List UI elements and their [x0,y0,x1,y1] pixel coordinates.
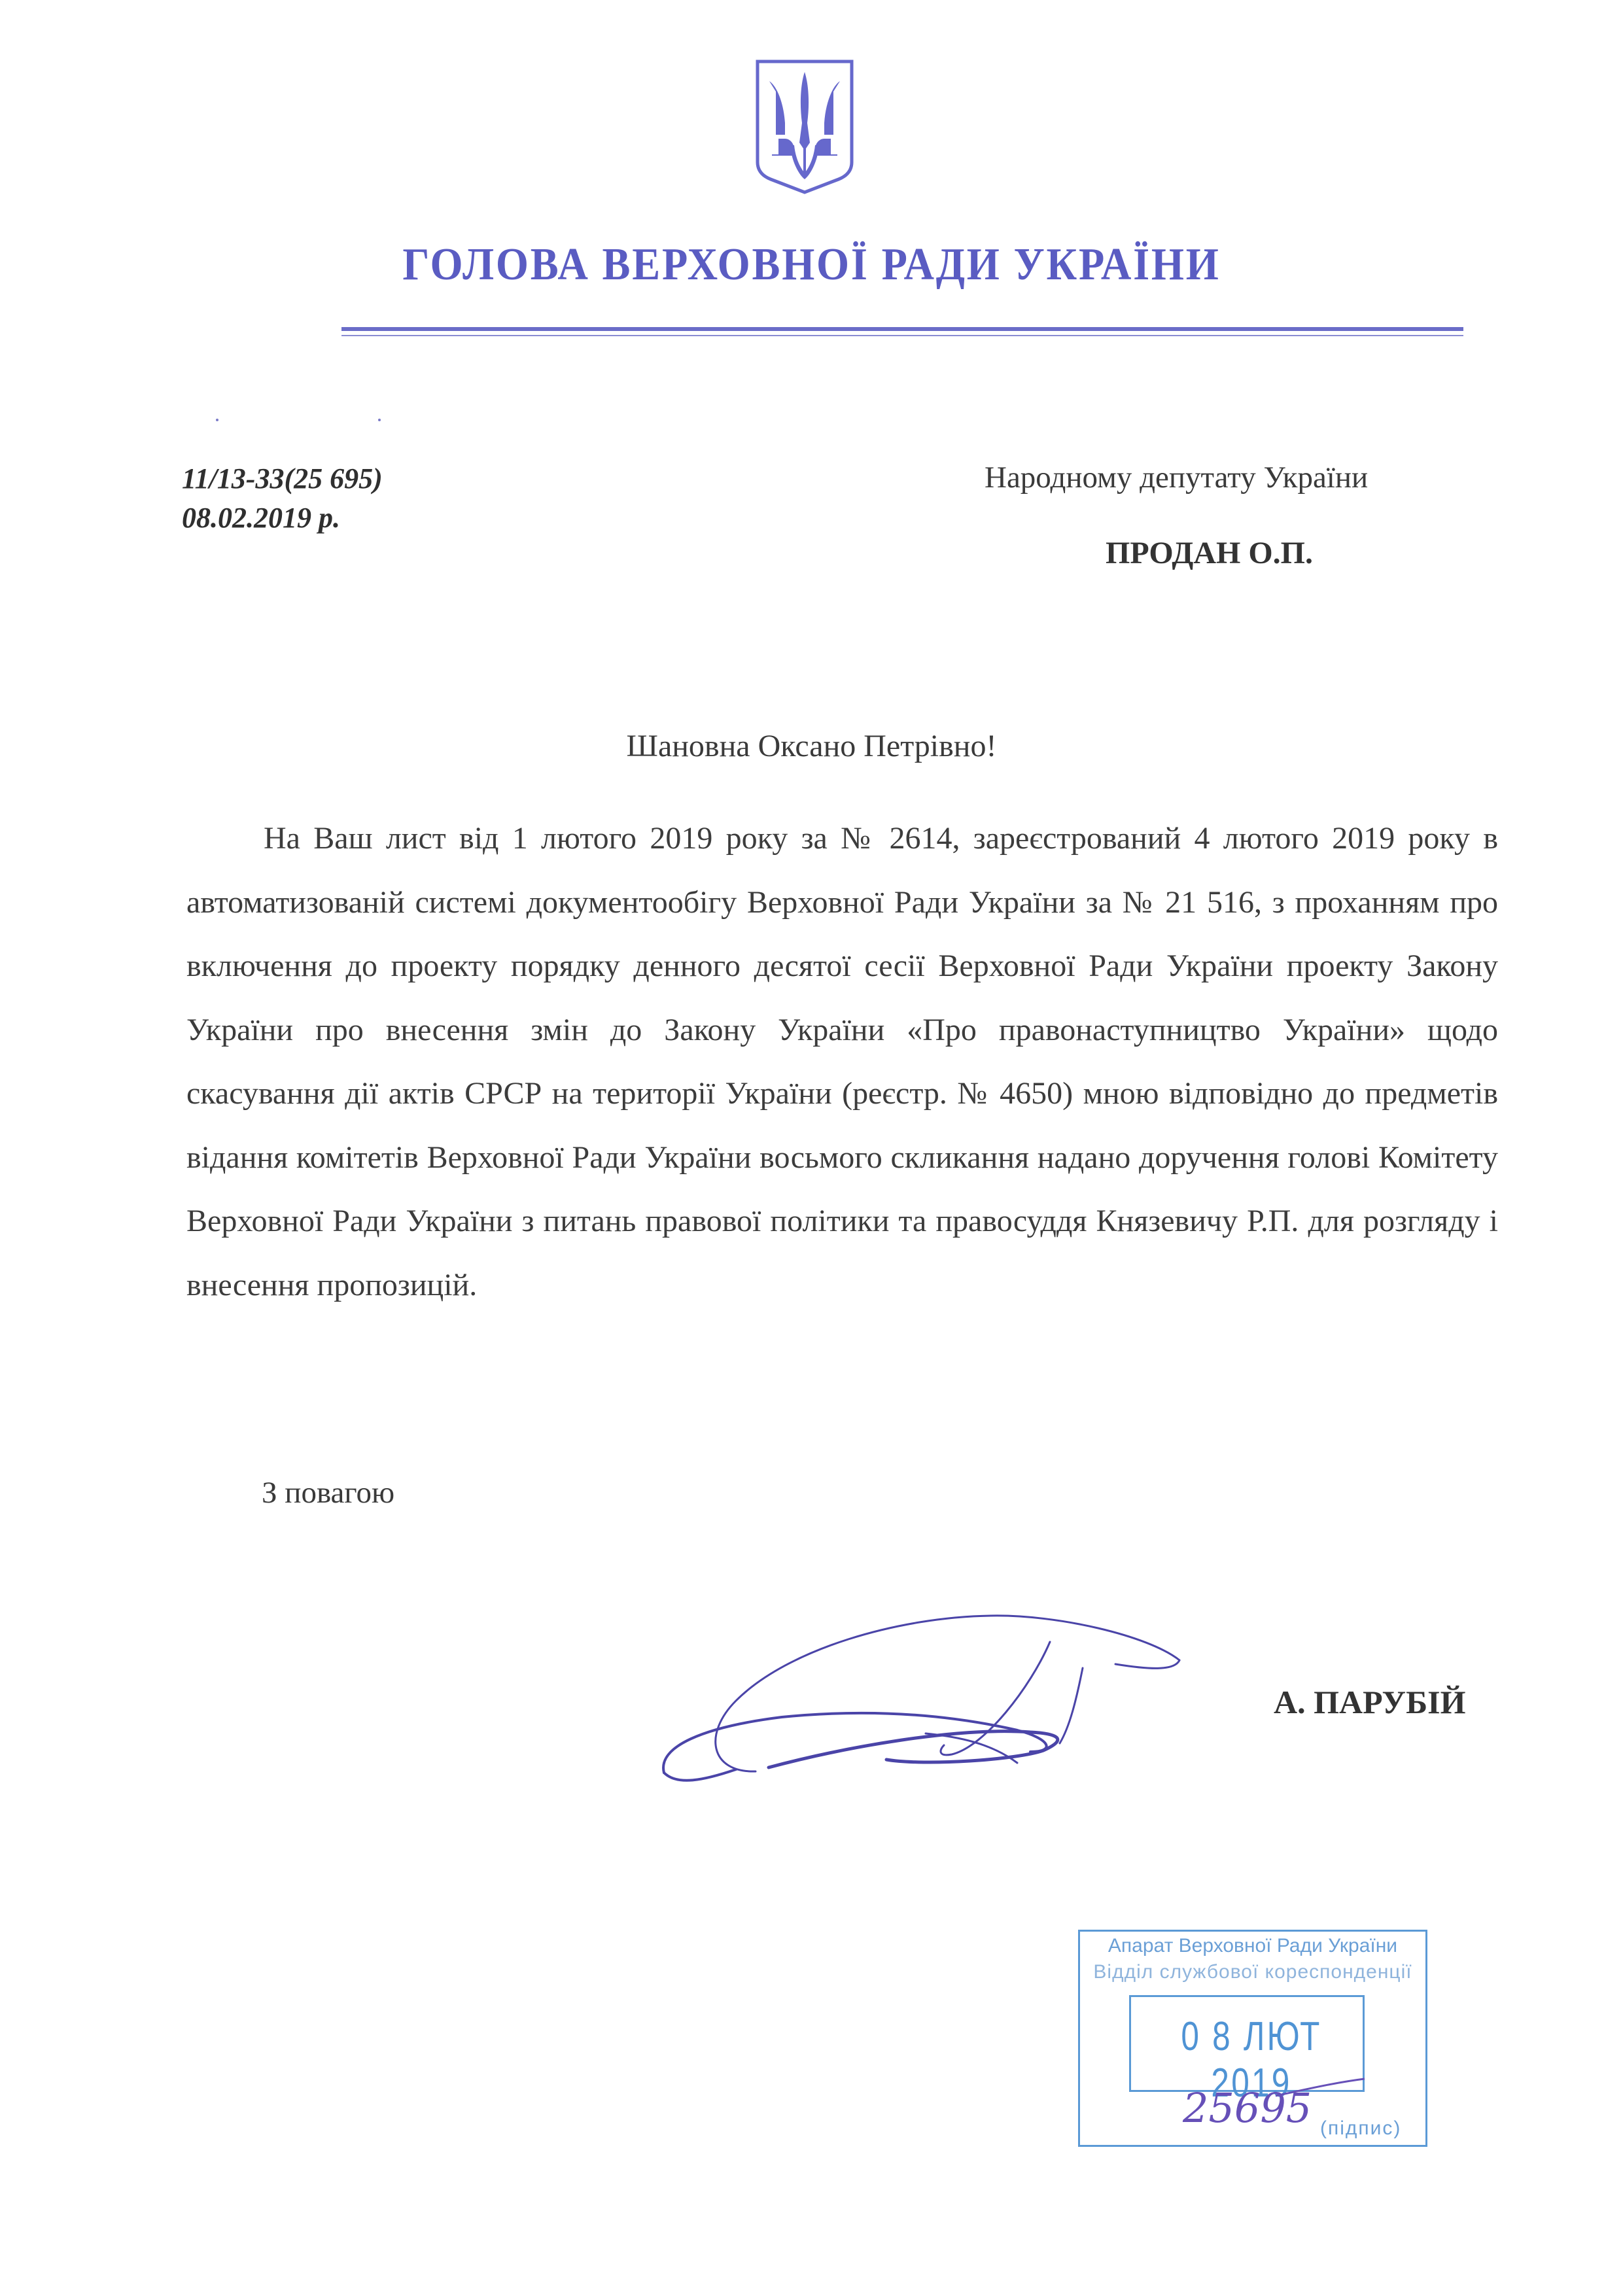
closing: З повагою [262,1475,394,1510]
scan-speck [378,419,381,421]
letterhead-title: ГОЛОВА ВЕРХОВНОЇ РАДИ УКРАЇНИ [65,239,1558,291]
addressee-position: Народному депутату України [985,460,1368,495]
trident-coat-of-arms-icon [754,58,856,196]
letter-body: На Ваш лист від 1 лютого 2019 року за № … [186,807,1498,1317]
scan-speck [216,419,218,421]
stamp-pen-stroke [1274,2078,1366,2097]
registration-stamp: Апарат Верховної Ради України Відділ слу… [1078,1930,1427,2148]
handwritten-signature-icon [651,1596,1259,1786]
stamp-signature-caption: (підпис) [1320,2117,1401,2140]
stamp-organization: Апарат Верховної Ради України [1078,1935,1427,1957]
addressee-name: ПРОДАН О.П. [1106,535,1313,571]
outgoing-reference: 11/13-33(25 695) 08.02.2019 р. [182,459,383,538]
letterhead-rule-thick [341,327,1463,331]
signer-name: А. ПАРУБІЙ [1274,1683,1466,1721]
outgoing-date: 08.02.2019 р. [182,498,383,538]
salutation: Шановна Оксано Петрівно! [0,728,1623,764]
outgoing-number: 11/13-33(25 695) [182,459,383,498]
stamp-department: Відділ службової кореспонденції [1078,1961,1427,1983]
letterhead-rule-thin [341,335,1463,336]
